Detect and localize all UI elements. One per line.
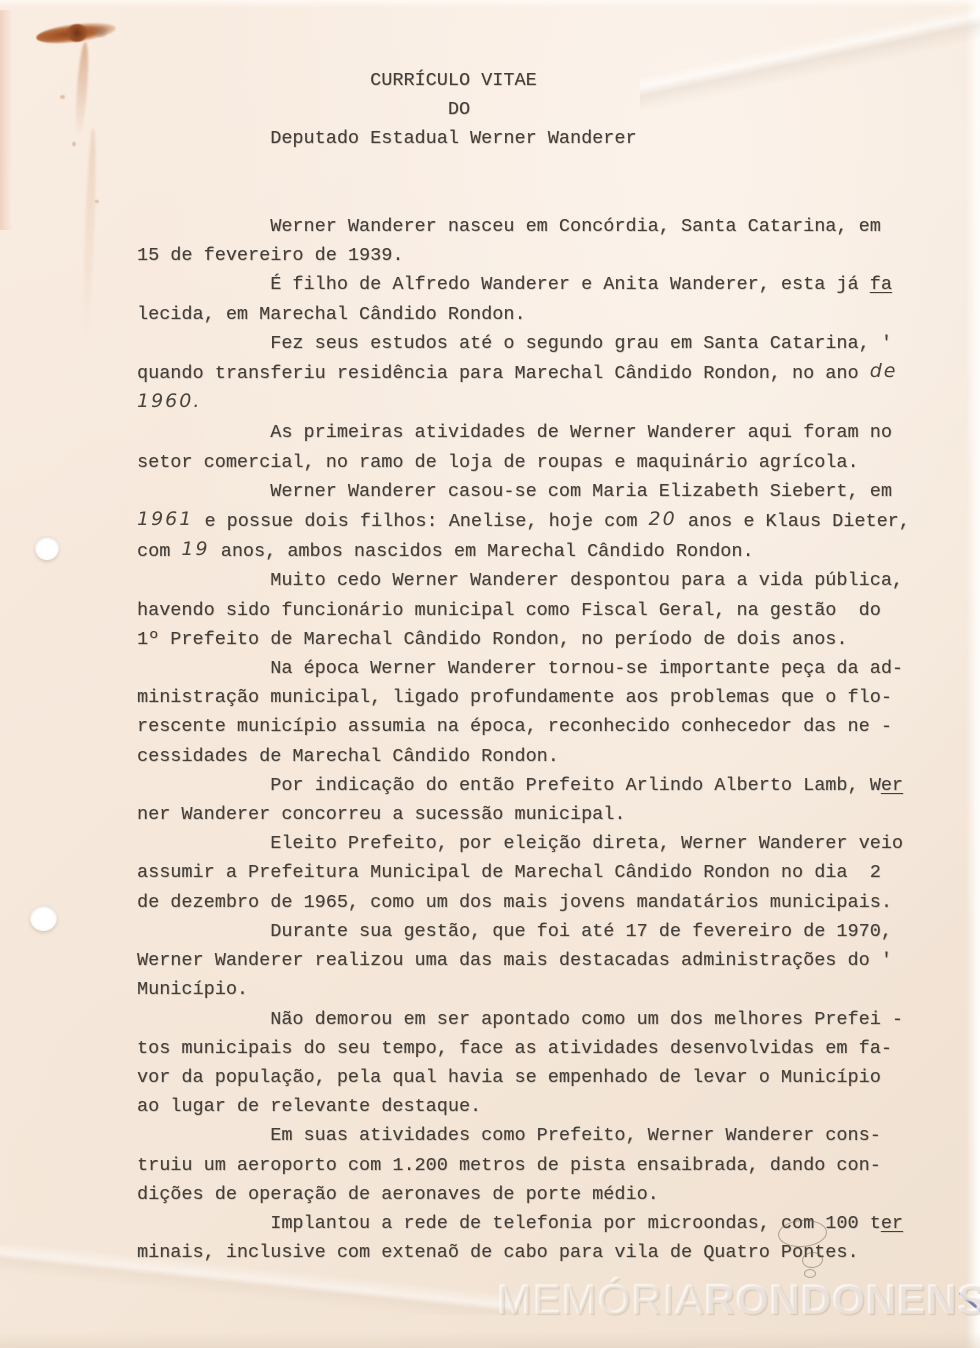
typed-text: quando transferiu residência para Marech… (137, 363, 870, 384)
text-line: CURRÍCULO VITAE (137, 66, 910, 95)
text-line: setor comercial, no ramo de loja de roup… (137, 448, 910, 477)
typed-text: e possue dois filhos: Anelise, hoje com (193, 511, 648, 532)
text-line: ner Wanderer concorreu a sucessão munici… (137, 800, 910, 829)
paper-edge-right (966, 0, 980, 1348)
text-line: Não demorou em ser apontado como um dos … (137, 1005, 910, 1034)
typed-text: Werner Wanderer realizou uma das mais de… (137, 950, 892, 971)
typed-text: Implantou a rede de telefonia por microo… (137, 1213, 881, 1234)
paper-edge-left-tinge (0, 10, 12, 230)
text-line: As primeiras atividades de Werner Wander… (137, 418, 910, 447)
text-line: dições de operação de aeronaves de porte… (137, 1180, 910, 1209)
typed-text: Na época Werner Wanderer tornou-se impor… (137, 658, 903, 679)
typed-text: cessidades de Marechal Cândido Rondon. (137, 746, 559, 767)
rust-stain-dot (60, 95, 65, 99)
text-line: Durante sua gestão, que foi até 17 de fe… (137, 917, 910, 946)
text-line: Werner Wanderer realizou uma das mais de… (137, 946, 910, 975)
punch-hole (35, 536, 59, 560)
typed-text: 15 de fevereiro de 1939. (137, 245, 403, 266)
watermark-rondonense: RONDONENSE (705, 1276, 980, 1323)
typed-text: fa (870, 274, 892, 295)
text-line: com 19 anos, ambos nascidos em Marechal … (137, 536, 910, 566)
document-page: CURRÍCULO VITAE DO Deputado Estadual Wer… (0, 0, 980, 1348)
text-line: DO (137, 95, 910, 124)
typed-text: dições de operação de aeronaves de porte… (137, 1184, 659, 1205)
rust-stain-dot (72, 142, 76, 146)
typed-text: Werner Wanderer nasceu em Concórdia, San… (137, 216, 881, 237)
paper-edge-bottom (0, 1332, 980, 1348)
typed-text: É filho de Alfredo Wanderer e Anita Wand… (137, 274, 870, 295)
text-line: 1961 e possue dois filhos: Anelise, hoje… (137, 506, 910, 536)
typed-text: er (881, 775, 903, 796)
typed-text: Muito cedo Werner Wanderer despontou par… (137, 570, 903, 591)
typed-text: truiu um aeroporto com 1.200 metros de p… (137, 1155, 881, 1176)
typed-text: setor comercial, no ramo de loja de roup… (137, 452, 859, 473)
text-line: ao lugar de relevante destaque. (137, 1092, 910, 1121)
typed-text: de dezembro de 1965, como um dos mais jo… (137, 892, 892, 913)
punch-hole (30, 905, 57, 931)
watermark: MEMÓRIARONDONENSE (497, 1276, 980, 1324)
typed-text: CURRÍCULO VITAE (137, 70, 537, 91)
text-line: Muito cedo Werner Wanderer despontou par… (137, 566, 910, 595)
typed-text: Deputado Estadual Werner Wanderer (137, 128, 637, 149)
text-line: Werner Wanderer nasceu em Concórdia, San… (137, 212, 910, 241)
text-line: Fez seus estudos até o segundo grau em S… (137, 329, 910, 358)
typed-text: vor da população, pela qual havia se emp… (137, 1067, 881, 1088)
text-line: tos municipais do seu tempo, face as ati… (137, 1034, 910, 1063)
typed-text: ner Wanderer concorreu a sucessão munici… (137, 804, 625, 825)
handwritten-text: de (870, 360, 898, 382)
text-line: havendo sido funcionário municipal como … (137, 596, 910, 625)
text-line: 1º Prefeito de Marechal Cândido Rondon, … (137, 625, 910, 654)
typed-text: rescente município assumia na época, rec… (137, 716, 892, 737)
handwritten-text: 19 (181, 538, 209, 560)
rust-stain-dot (95, 200, 99, 203)
rust-stain-drip (74, 42, 91, 137)
text-line: lecida, em Marechal Cândido Rondon. (137, 300, 910, 329)
text-line: Deputado Estadual Werner Wanderer (137, 124, 910, 153)
text-line: Werner Wanderer casou-se com Maria Eliza… (137, 477, 910, 506)
text-line: Na época Werner Wanderer tornou-se impor… (137, 654, 910, 683)
typed-text: anos, ambos nascidos em Marechal Cândido… (210, 541, 754, 562)
typed-text: tos municipais do seu tempo, face as ati… (137, 1038, 892, 1059)
text-line: ministração municipal, ligado profundame… (137, 683, 910, 712)
handwritten-text: 20 (649, 508, 677, 530)
typed-text: Fez seus estudos até o segundo grau em S… (137, 333, 892, 354)
text-line: assumir a Prefeitura Municipal de Marech… (137, 858, 910, 887)
typed-text: Por indicação do então Prefeito Arlindo … (137, 775, 881, 796)
text-line: Em suas atividades como Prefeito, Werner… (137, 1121, 910, 1150)
typed-text: Durante sua gestão, que foi até 17 de fe… (137, 921, 892, 942)
rust-stain-knot (66, 24, 88, 42)
watermark-memoria: MEMÓRIA (497, 1276, 705, 1323)
rust-stain-gray-smear (93, 26, 109, 38)
paper-edge-top (0, 0, 980, 8)
rust-stain-drip-faint (81, 128, 97, 343)
typed-text: Município. (137, 979, 248, 1000)
text-line: Eleito Prefeito, por eleição direta, Wer… (137, 829, 910, 858)
typed-text: Em suas atividades como Prefeito, Werner… (137, 1125, 881, 1146)
handwritten-text: 1960. (137, 390, 201, 412)
handwritten-text: 1961 (137, 508, 193, 530)
typed-text: Werner Wanderer casou-se com Maria Eliza… (137, 481, 892, 502)
text-line: cessidades de Marechal Cândido Rondon. (137, 742, 910, 771)
text-line: Por indicação do então Prefeito Arlindo … (137, 771, 910, 800)
typed-text: ministração municipal, ligado profundame… (137, 687, 892, 708)
text-line (137, 154, 910, 183)
text-line: 15 de fevereiro de 1939. (137, 241, 910, 270)
typed-text: Eleito Prefeito, por eleição direta, Wer… (137, 833, 903, 854)
typed-text: Não demorou em ser apontado como um dos … (137, 1009, 903, 1030)
typed-text: As primeiras atividades de Werner Wander… (137, 422, 892, 443)
typed-text: ao lugar de relevante destaque. (137, 1096, 481, 1117)
typed-text: DO (137, 99, 470, 120)
typed-text: er (881, 1213, 903, 1234)
typed-text: minais, inclusive com extenaõ de cabo pa… (137, 1242, 859, 1263)
text-line (137, 183, 910, 212)
text-line: truiu um aeroporto com 1.200 metros de p… (137, 1151, 910, 1180)
text-line: É filho de Alfredo Wanderer e Anita Wand… (137, 270, 910, 299)
text-line: rescente município assumia na época, rec… (137, 712, 910, 741)
typed-text: 1º Prefeito de Marechal Cândido Rondon, … (137, 629, 848, 650)
text-line: Município. (137, 975, 910, 1004)
typed-text: assumir a Prefeitura Municipal de Marech… (137, 862, 881, 883)
text-line: de dezembro de 1965, como um dos mais jo… (137, 888, 910, 917)
text-line: vor da população, pela qual havia se emp… (137, 1063, 910, 1092)
text-line: 1960. (137, 388, 910, 418)
typed-text: com (137, 541, 181, 562)
document-text: CURRÍCULO VITAE DO Deputado Estadual Wer… (137, 66, 910, 1267)
typed-text: lecida, em Marechal Cândido Rondon. (137, 304, 526, 325)
typed-text: anos e Klaus Dieter, (677, 511, 910, 532)
typed-text: havendo sido funcionário municipal como … (137, 600, 881, 621)
text-line: quando transferiu residência para Marech… (137, 358, 910, 388)
